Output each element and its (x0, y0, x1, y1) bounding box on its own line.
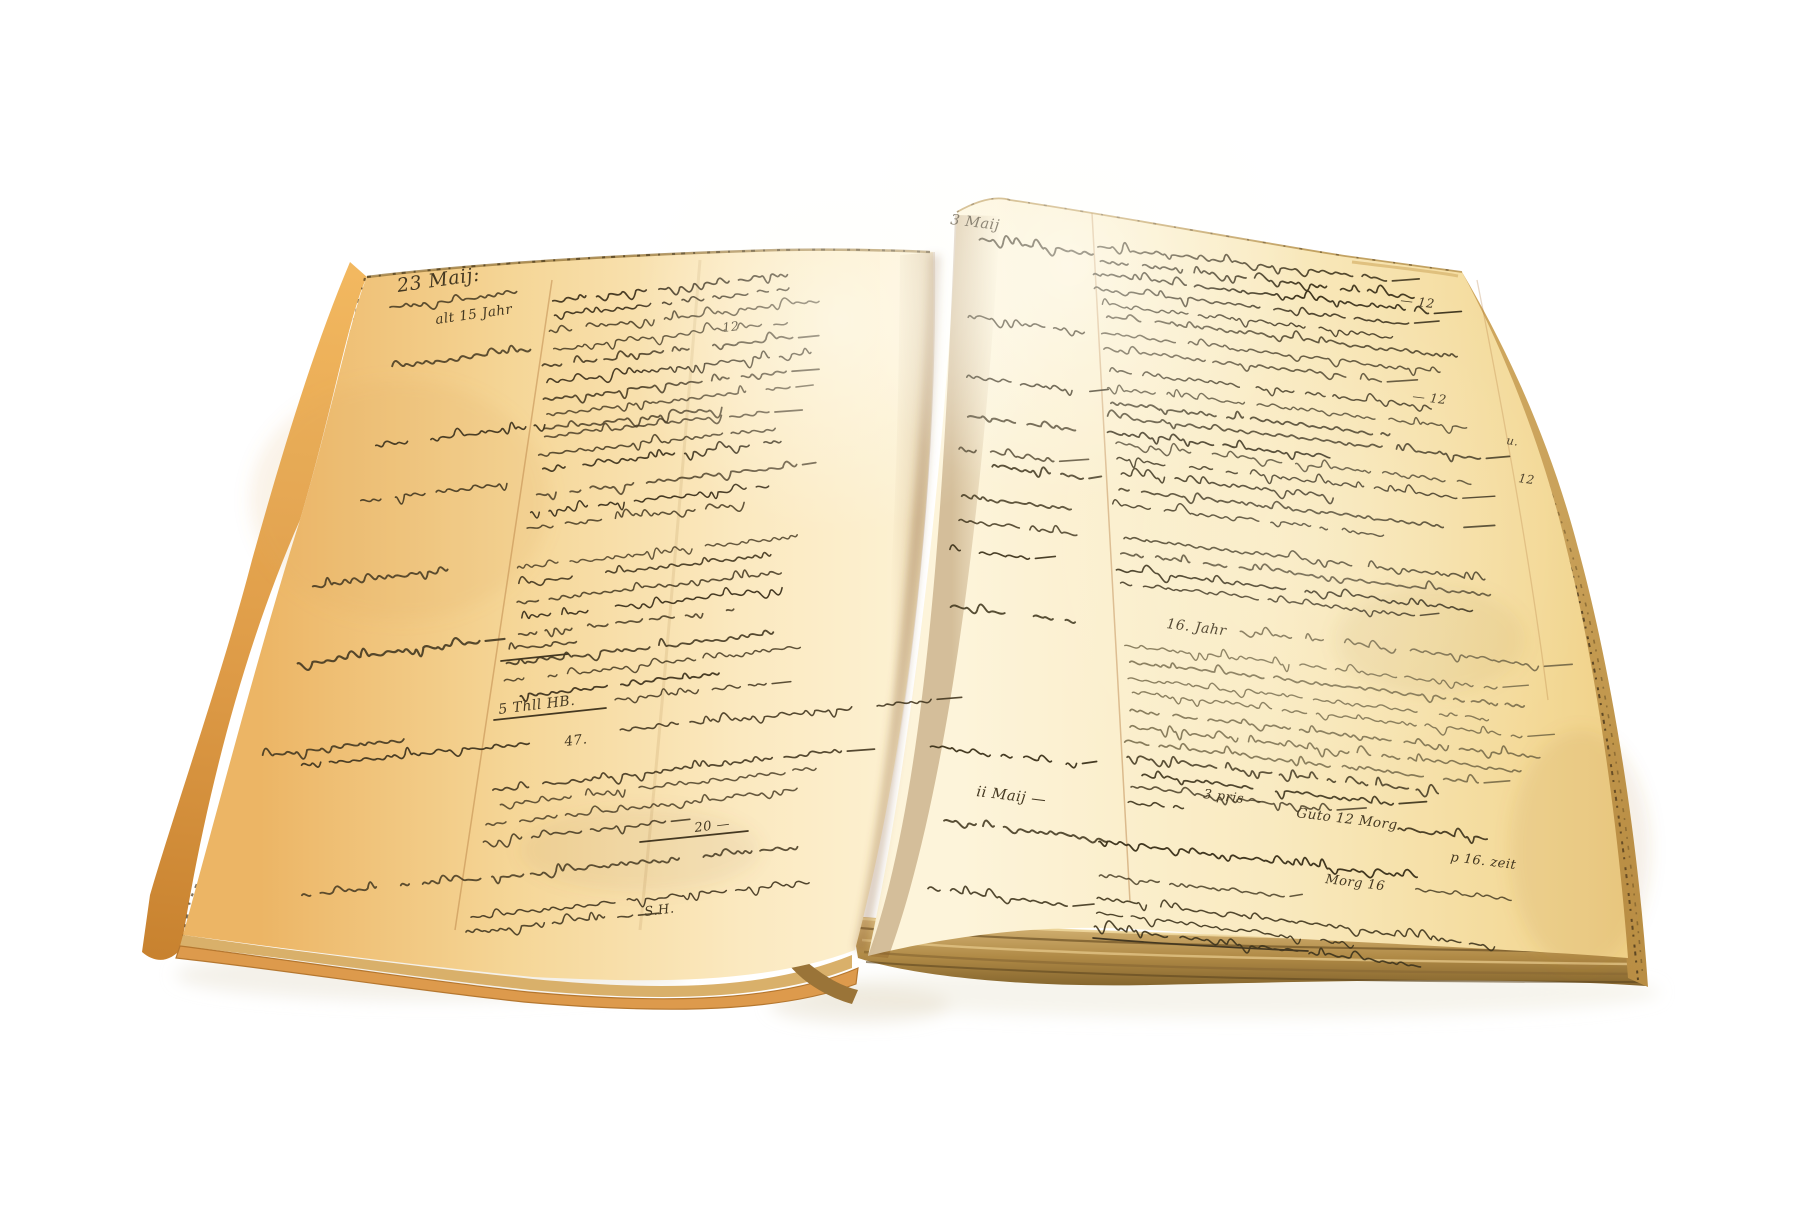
photo-canvas: 23 Maij: alt 15 Jahr 12 5 Thll HB. 47. 2… (0, 0, 1813, 1209)
legible-fragment-left-47: 47. (563, 731, 589, 750)
antique-manuscript-photograph: 23 Maij: alt 15 Jahr 12 5 Thll HB. 47. 2… (0, 0, 1813, 1209)
